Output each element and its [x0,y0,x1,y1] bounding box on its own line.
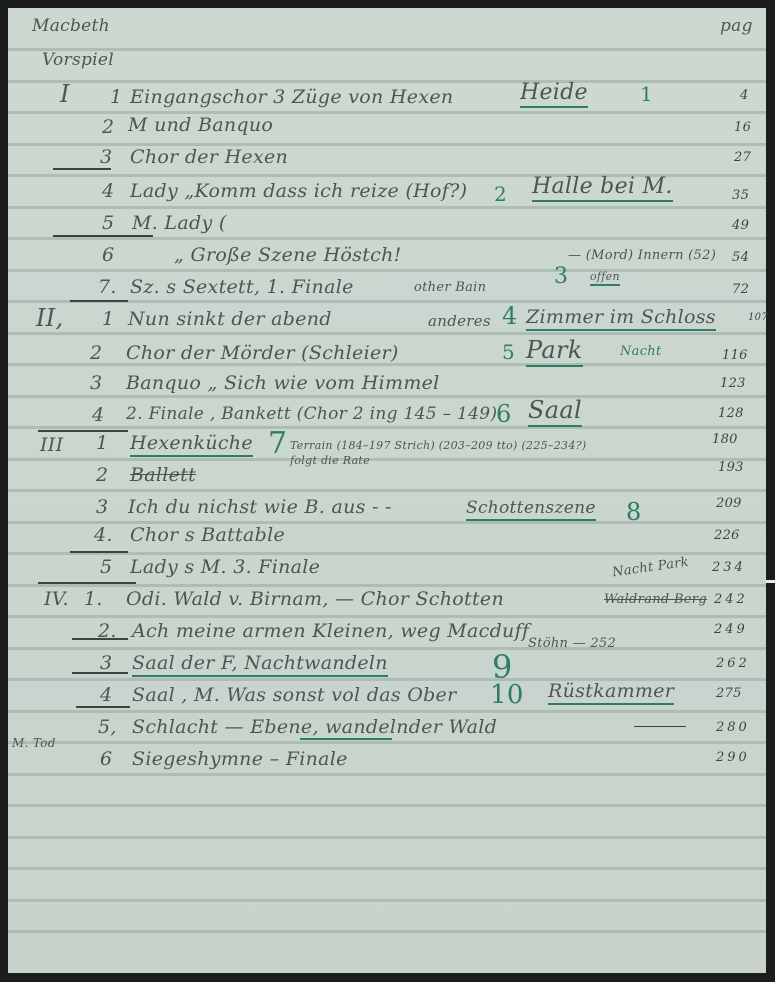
scene-title: Saal , M. Was sonst vol das Ober [132,684,456,706]
scene-number: 3 [100,652,112,674]
setting-name: Rüstkammer [548,680,674,705]
page-edge-mark [766,580,775,583]
manuscript-page: Macbeth pag Vorspiel I 1 Eingangschor 3 … [8,8,766,973]
scene-title: Chor der Mörder (Schleier) [126,342,399,364]
scene-title: Nun sinkt der abend [128,308,332,330]
scene-note: M. Tod [12,736,56,750]
scene-title: Saal der F, Nachtwandeln [132,652,388,677]
ruled-line [8,584,766,587]
section-divider [70,300,128,302]
scene-title: M. Lady ( [132,212,227,234]
page-number: 209 [716,496,742,511]
scene-number: 6 [100,748,112,770]
ruled-line [8,426,766,429]
scene-note: other Bain [414,280,486,295]
act-numeral: I [60,80,70,108]
scene-title: Ach meine armen Kleinen, weg Macduff [132,620,529,642]
page-number: 123 [720,376,746,391]
page-number: 27 [734,150,751,165]
page-number: 128 [718,406,744,421]
underline-ebene [300,738,392,740]
document-title: Macbeth [32,16,110,36]
setting-name: Heide [520,80,588,108]
scene-note: Waldrand Berg [604,592,707,607]
setting-number: 6 [496,400,512,428]
scene-title: Banquo „ Sich wie vom Himmel [126,372,440,394]
ruled-line [8,741,766,744]
ruled-line [8,111,766,114]
scene-title: Chor der Hexen [130,146,288,168]
page-number: 54 [732,250,749,265]
scene-note: Nacht [620,344,662,359]
page-number: 242 [714,592,748,607]
setting-number: 5 [502,340,515,364]
scene-number: 2 [90,342,102,364]
setting-number: 7 [268,426,287,461]
ruled-line [8,930,766,933]
ruled-line [8,647,766,650]
ruled-line [8,804,766,807]
scene-title: „ Große Szene Höstch! [174,244,402,266]
section-divider [38,582,136,584]
scene-title: M und Banquo [128,114,273,136]
setting-number: 1 [640,82,653,106]
setting-name: Zimmer im Schloss [526,306,716,331]
scene-title: Ballett [130,464,196,486]
scene-number: 1. [84,588,103,610]
ruled-line [8,48,766,51]
scene-title: Schlacht — Ebene, wandelnder Wald [132,716,497,738]
section-divider [53,235,153,237]
act-numeral: III [40,434,63,456]
scene-title: Chor s Battable [130,524,285,546]
scene-number: 4 [100,684,112,706]
scene-number: 4 [92,404,104,426]
scene-number: 2. [98,620,117,642]
page-number: 249 [714,622,748,637]
section-divider [76,706,130,708]
scene-number: 7. [98,276,117,298]
ruled-line [8,710,766,713]
scene-number: 3 [90,372,102,394]
scene-number: 5 [102,212,114,234]
ruled-line [8,836,766,839]
section-divider [53,168,111,170]
page-number: 35 [732,188,749,203]
scene-number: 5 [100,556,112,578]
ruled-line [8,867,766,870]
scene-title: Ich du nichst wie B. aus - - [128,496,392,518]
scene-title: Hexenküche [130,432,253,457]
prelude-label: Vorspiel [42,50,114,70]
scene-number: 6 [102,244,114,266]
section-divider [38,430,128,432]
setting-name: Park [526,336,583,367]
setting-number: 2 [494,182,507,206]
page-number: 180 [712,432,738,447]
scene-number: 3 [100,146,112,168]
scene-number: 1 [110,86,122,108]
page-number: 193 [718,460,744,475]
setting-number: 8 [626,498,642,526]
page-number: 234 [712,560,746,575]
scene-title: 2. Finale , Bankett (Chor 2 ing 145 – 14… [126,404,497,424]
ruled-line [8,489,766,492]
scene-note: Nacht Park [611,555,689,581]
page-column-header: pag [720,16,753,36]
act-numeral: II, [36,304,64,332]
scene-number: 4. [94,524,113,546]
scene-number: 1 [96,432,108,454]
page-number: 72 [732,282,749,297]
page-number: 290 [716,750,750,765]
scene-title: Sz. s Sextett, 1. Finale [130,276,354,298]
scene-title: Lady s M. 3. Finale [130,556,320,578]
page-number: 49 [732,218,749,233]
ruled-line [8,332,766,335]
scene-number: 5, [98,716,117,738]
scene-title: Eingangschor 3 Züge von Hexen [130,86,453,108]
page-number: 262 [716,656,750,671]
ruled-line [8,615,766,618]
scene-note: — (Mord) Innern (52) [568,248,716,263]
ruled-line [8,269,766,272]
page-number: 16 [734,120,751,135]
section-divider [70,551,128,553]
scene-note: Stöhn — 252 [528,636,616,651]
scene-number: 4 [102,180,114,202]
scene-note: anderes [428,312,491,330]
setting-name: Schottenszene [466,498,596,521]
scene-title: Siegeshymne – Finale [132,748,348,770]
setting-number: 4 [502,302,518,330]
setting-name: Saal [528,396,582,427]
act-numeral: IV. [44,588,69,610]
ruled-line [8,395,766,398]
page-number: 107 [748,312,768,323]
ruled-line [8,237,766,240]
scene-number: 2 [96,464,108,486]
setting-name: Halle bei M. [532,174,673,202]
scene-number: 2 [102,116,114,138]
page-number: 275 [716,686,742,701]
ruled-line [8,773,766,776]
scene-title: Odi. Wald v. Birnam, — Chor Schotten [126,588,504,610]
setting-number: 3 [554,264,568,289]
page-number: 226 [714,528,740,543]
dash-line [634,726,686,727]
ruled-line [8,206,766,209]
scene-number: 1 [102,308,114,330]
ruled-line [8,521,766,524]
page-number: 4 [740,88,749,103]
ruled-line [8,143,766,146]
setting-name: offen [590,270,620,286]
scene-title: Lady „Komm dass ich reize (Hof?) [130,180,467,202]
setting-number: 10 [490,680,524,710]
scene-number: 3 [96,496,108,518]
page-number: 280 [716,720,750,735]
page-number: 116 [722,348,748,363]
scene-note: Terrain (184–197 Strich) (203–209 tto) (… [290,438,590,468]
ruled-line [8,899,766,902]
